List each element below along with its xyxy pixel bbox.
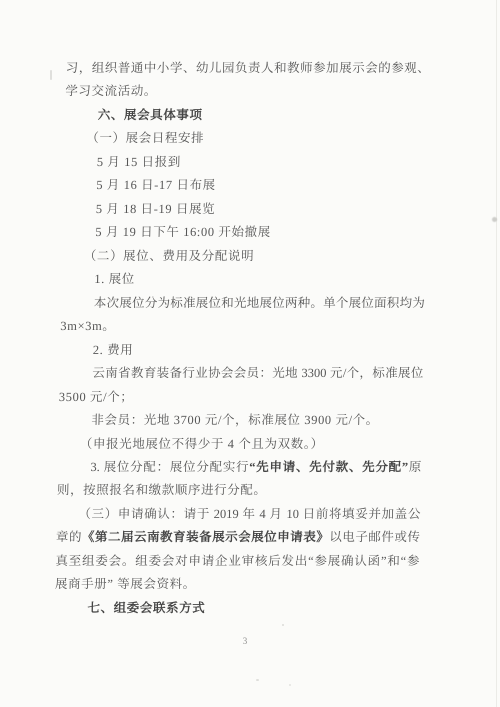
body-text: 5 月 16 日-17 日布展: [96, 178, 216, 192]
text-line: （二）展位、费用及分配说明: [62, 245, 426, 268]
scan-speck-artifact: [289, 684, 291, 686]
body-text: 展商手册” 等展会资料。: [55, 577, 196, 591]
text-line: 5 月 19 日下午 16:00 开始撤展: [62, 221, 426, 244]
text-line: 展商手册” 等展会资料。: [55, 573, 419, 596]
emphasized-text: 《第二届云南教育装备展示会展位申请表》: [82, 530, 330, 544]
body-text: 5 月 19 日下午 16:00 开始撤展: [95, 225, 271, 239]
emphasized-text: “先申请、先付款、先分配”: [249, 460, 408, 474]
body-text: 本次展位分为标准展位和光地展位两种。单个展位面积均为: [94, 296, 425, 310]
text-line: 5 月 15 日报到: [64, 151, 428, 174]
body-text: （三）申请确认：请于 2019 年 4 月 10 日前将填妥并加盖公: [78, 507, 420, 521]
text-line: （三）申请确认：请于 2019 年 4 月 10 日前将填妥并加盖公: [56, 503, 420, 526]
text-line: 3m×3m。: [60, 315, 424, 338]
text-line: 云南省教育装备行业协会会员：光地 3300 元/个，标准展位: [59, 362, 423, 385]
text-line: 七、组委会联系方式: [54, 597, 418, 620]
text-line: 则，按照报名和缴款顺序进行分配。: [57, 479, 421, 502]
text-block: 习，组织普通中小学、幼儿园负责人和教师参加展示会的参观、学习交流活动。六、展会具…: [54, 57, 430, 620]
body-text: 习，组织普通中小学、幼儿园负责人和教师参加展示会的参观、: [66, 61, 430, 75]
body-text: （一）展会日程安排: [86, 131, 204, 145]
text-line: 习，组织普通中小学、幼儿园负责人和教师参加展示会的参观、: [66, 57, 430, 80]
text-line: 3500 元/个；: [59, 386, 423, 409]
body-text: 非会员：光地 3700 元/个，标准展位 3900 元/个。: [91, 413, 379, 427]
text-line: 六、展会具体事项: [65, 104, 429, 127]
text-line: 章的《第二届云南教育装备展示会展位申请表》以电子邮件或传: [56, 526, 420, 549]
body-text: 学习交流活动。: [65, 84, 157, 98]
scan-speck-artifact: [256, 679, 259, 681]
scan-edge-artifact: [496, 0, 497, 707]
text-line: 1. 展位: [61, 268, 425, 291]
text-line: 真至组委会。组委会对申请企业审核后发出“参展确认函”和“参: [55, 550, 419, 573]
text-line: 5 月 18 日-19 日展览: [63, 198, 427, 221]
text-line: （申报光地展位不得少于 4 个且为双数。）: [58, 433, 422, 456]
body-text: 则，按照报名和缴款顺序进行分配。: [57, 483, 267, 497]
body-text: 1. 展位: [94, 272, 135, 286]
page-number: 3: [240, 636, 250, 646]
emphasized-text: 七、组委会联系方式: [87, 601, 205, 615]
text-line: （一）展会日程安排: [64, 127, 428, 150]
text-line: 3. 展位分配：展位分配实行“先申请、先付款、先分配”原: [57, 456, 421, 479]
body-text: 以电子邮件或传: [329, 530, 420, 544]
scan-speck-artifact: [282, 624, 284, 626]
body-text: （二）展位、费用及分配说明: [84, 249, 255, 263]
text-line: 非会员：光地 3700 元/个，标准展位 3900 元/个。: [58, 409, 422, 432]
emphasized-text: 六、展会具体事项: [98, 108, 203, 122]
scan-speck-artifact: [492, 217, 497, 222]
document-page: 习，组织普通中小学、幼儿园负责人和教师参加展示会的参观、学习交流活动。六、展会具…: [0, 0, 500, 707]
text-line: 2. 费用: [60, 339, 424, 362]
body-text: 5 月 18 日-19 日展览: [96, 202, 216, 216]
body-text: 5 月 15 日报到: [97, 155, 181, 169]
body-text: 原: [408, 460, 422, 474]
body-text: 真至组委会。组委会对申请企业审核后发出“参展确认函”和“参: [55, 554, 419, 568]
body-text: 3m×3m。: [60, 319, 115, 333]
text-line: 学习交流活动。: [65, 80, 429, 103]
body-text: 3500 元/个；: [59, 390, 134, 404]
body-text: 云南省教育装备行业协会会员：光地 3300 元/个，标准展位: [92, 366, 423, 380]
body-text: 章的: [56, 530, 82, 544]
body-text: 2. 费用: [93, 343, 134, 357]
scan-speck-artifact: [50, 70, 52, 80]
text-line: 本次展位分为标准展位和光地展位两种。单个展位面积均为: [61, 292, 425, 315]
body-text: 3. 展位分配：展位分配实行: [90, 460, 249, 474]
text-line: 5 月 16 日-17 日布展: [63, 174, 427, 197]
body-text: （申报光地展位不得少于 4 个且为双数。）: [80, 437, 324, 451]
